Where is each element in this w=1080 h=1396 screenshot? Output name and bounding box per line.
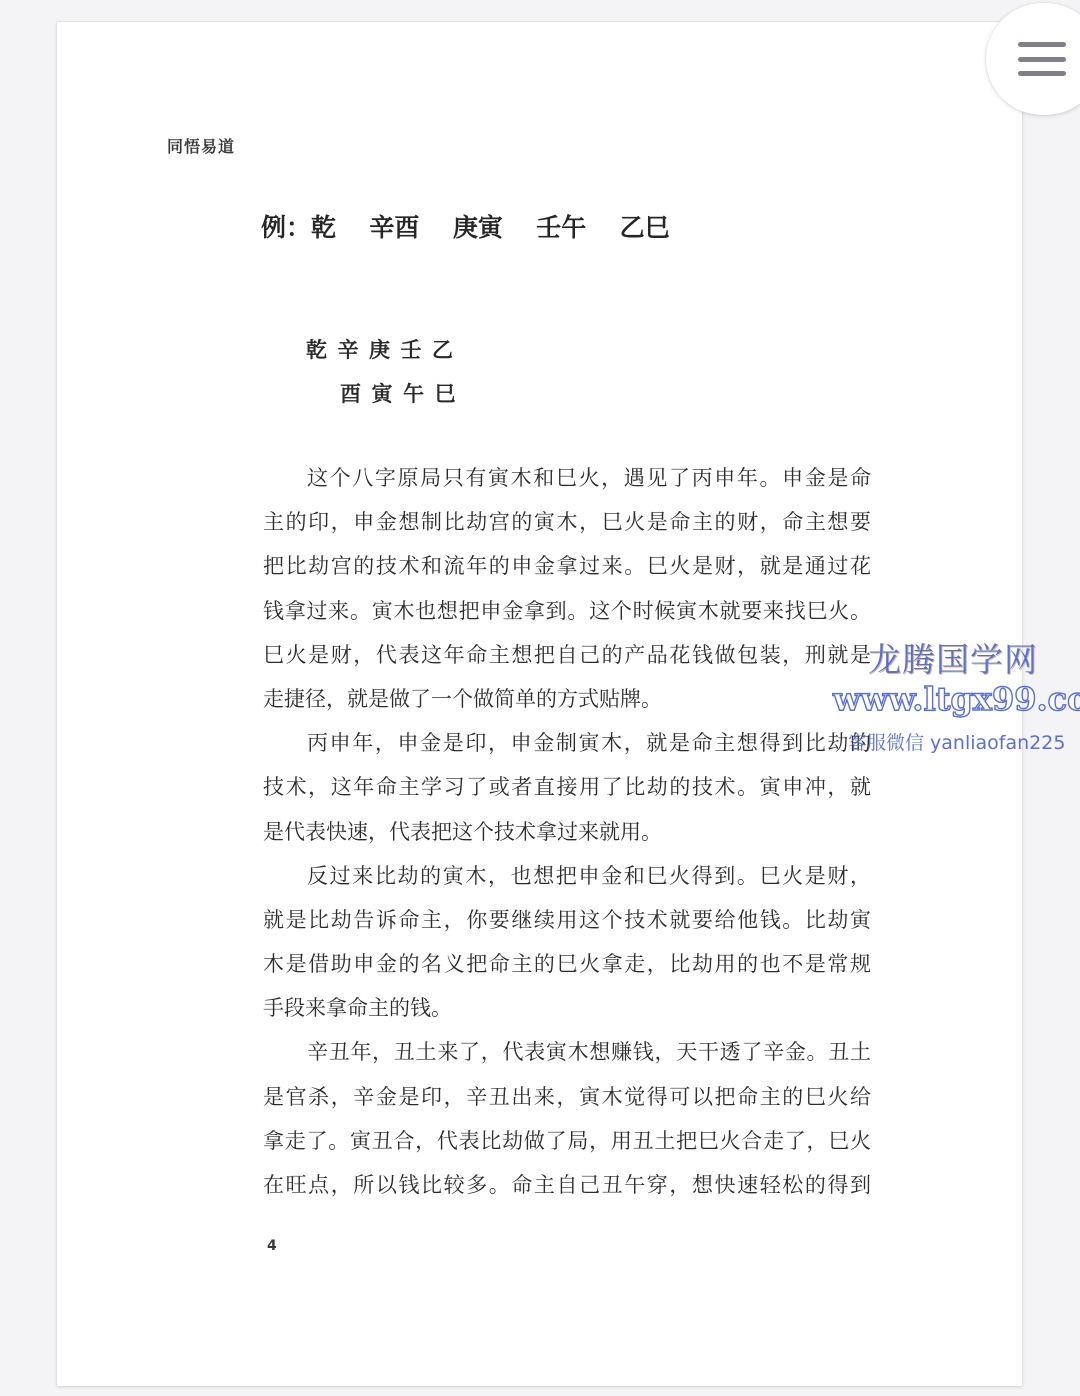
text-line: 手段来拿命主的钱。	[263, 986, 871, 1030]
text-line: 是官杀，辛金是印，辛丑出来，寅木觉得可以把命主的巳火给	[263, 1075, 871, 1119]
text-line: 辛丑年，丑土来了，代表寅木想赚钱，天干透了辛金。丑土	[263, 1030, 871, 1074]
menu-bar	[1018, 57, 1066, 62]
text-line: 在旺点，所以钱比较多。命主自己丑午穿，想快速轻松的得到	[263, 1163, 871, 1207]
watermark-brand: 龙腾国学网	[868, 634, 1038, 681]
paragraph: 反过来比劫的寅木，也想把申金和巳火得到。巳火是财， 就是比劫告诉命主，你要继续用…	[263, 854, 871, 1031]
text-line: 主的印，申金想制比劫宫的寅木，巳火是命主的财，命主想要	[263, 500, 871, 544]
page-number: 4	[267, 1238, 277, 1254]
body-text: 这个八字原局只有寅木和巳火，遇见了丙申年。申金是命 主的印，申金想制比劫宫的寅木…	[263, 456, 871, 1207]
bazi-heavenly-stems: 乾辛庚壬乙	[306, 334, 464, 364]
watermark-url: www.ltgx99.com	[833, 680, 1080, 718]
watermark-contact: 客服微信 yanliaofan225	[848, 728, 1065, 755]
bazi-earthly-branches: 酉寅午巳	[340, 378, 466, 408]
text-line: 这个八字原局只有寅木和巳火，遇见了丙申年。申金是命	[263, 456, 871, 500]
text-line: 反过来比劫的寅木，也想把申金和巳火得到。巳火是财，	[263, 854, 871, 898]
text-line: 走捷径，就是做了一个做简单的方式贴牌。	[263, 677, 871, 721]
example-title: 例：乾 辛酉 庚寅 壬午 乙巳	[261, 208, 670, 244]
text-line: 拿走了。寅丑合，代表比劫做了局，用丑土把巳火合走了，巳火	[263, 1119, 871, 1163]
text-line: 木是借助申金的名义把命主的巳火拿走，比劫用的也不是常规	[263, 942, 871, 986]
paragraph: 丙申年，申金是印，申金制寅木，就是命主想得到比劫的 技术，这年命主学习了或者直接…	[263, 721, 871, 854]
text-line: 丙申年，申金是印，申金制寅木，就是命主想得到比劫的	[263, 721, 871, 765]
text-line: 巳火是财，代表这年命主想把自己的产品花钱做包装，刑就是	[263, 633, 871, 677]
menu-bar	[1018, 71, 1066, 76]
text-line: 技术，这年命主学习了或者直接用了比劫的技术。寅申冲，就	[263, 765, 871, 809]
menu-bar	[1018, 42, 1066, 47]
running-head: 同悟易道	[167, 134, 235, 157]
text-line: 就是比劫告诉命主，你要继续用这个技术就要给他钱。比劫寅	[263, 898, 871, 942]
text-line: 是代表快速，代表把这个技术拿过来就用。	[263, 810, 871, 854]
paragraph: 辛丑年，丑土来了，代表寅木想赚钱，天干透了辛金。丑土 是官杀，辛金是印，辛丑出来…	[263, 1030, 871, 1207]
paragraph: 这个八字原局只有寅木和巳火，遇见了丙申年。申金是命 主的印，申金想制比劫宫的寅木…	[263, 456, 871, 721]
text-line: 钱拿过来。寅木也想把申金拿到。这个时候寅木就要来找巳火。	[263, 589, 871, 633]
text-line: 把比劫宫的技术和流年的申金拿过来。巳火是财，就是通过花	[263, 544, 871, 588]
